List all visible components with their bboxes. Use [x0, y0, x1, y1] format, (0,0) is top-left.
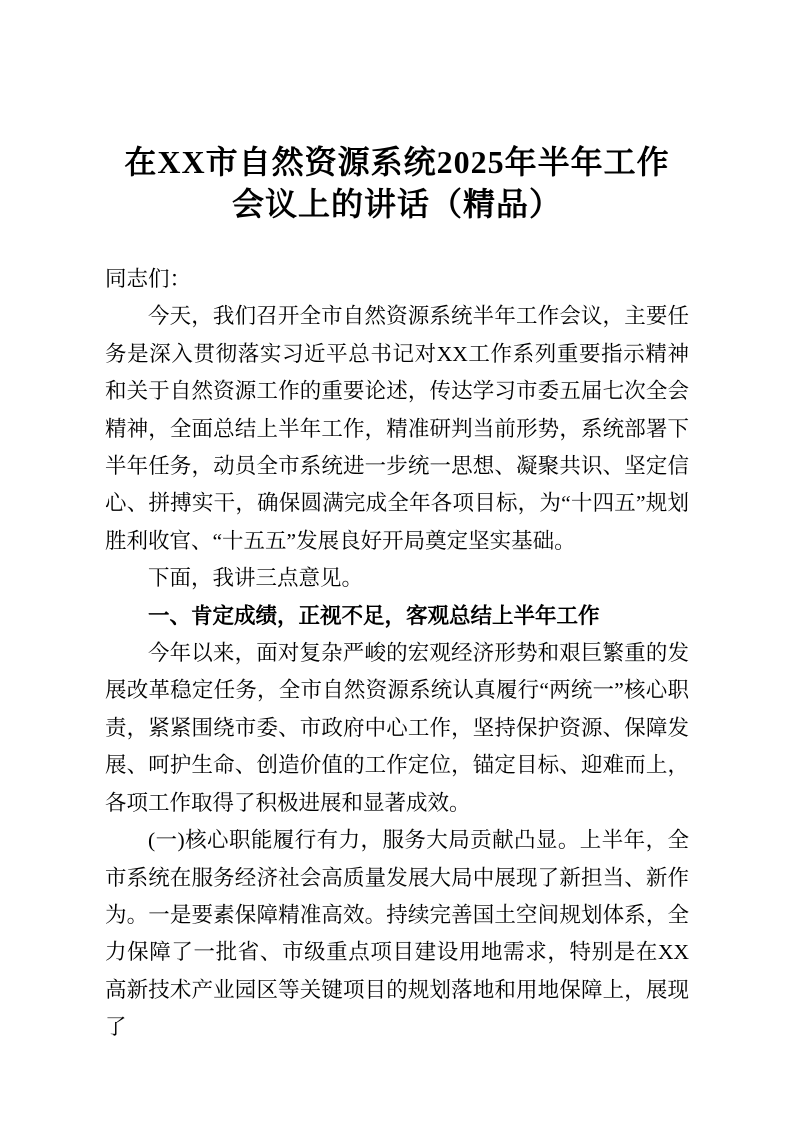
- document-title: 在XX市自然资源系统2025年半年工作 会议上的讲话（精品）: [105, 141, 689, 225]
- section-heading-1: 一、肯定成绩，正视不足，客观总结上半年工作: [105, 598, 689, 635]
- document-body: 同志们： 今天，我们召开全市自然资源系统半年工作会议，主要任务是深入贯彻落实习近…: [105, 261, 689, 1047]
- title-line-2: 会议上的讲话（精品）: [105, 183, 689, 225]
- paragraph-opening: 今天，我们召开全市自然资源系统半年工作会议，主要任务是深入贯彻落实习近平总书记对…: [105, 298, 689, 560]
- paragraph-section1-overview: 今年以来，面对复杂严峻的宏观经济形势和艰巨繁重的发展改革稳定任务，全市自然资源系…: [105, 635, 689, 822]
- paragraph-salutation: 同志们：: [105, 261, 689, 298]
- paragraph-subsection-1: (一)核心职能履行有力，服务大局贡献凸显。上半年，全市系统在服务经济社会高质量发…: [105, 822, 689, 1046]
- paragraph-transition: 下面，我讲三点意见。: [105, 560, 689, 597]
- document-page: 在XX市自然资源系统2025年半年工作 会议上的讲话（精品） 同志们： 今天，我…: [0, 0, 793, 1122]
- title-line-1: 在XX市自然资源系统2025年半年工作: [105, 141, 689, 183]
